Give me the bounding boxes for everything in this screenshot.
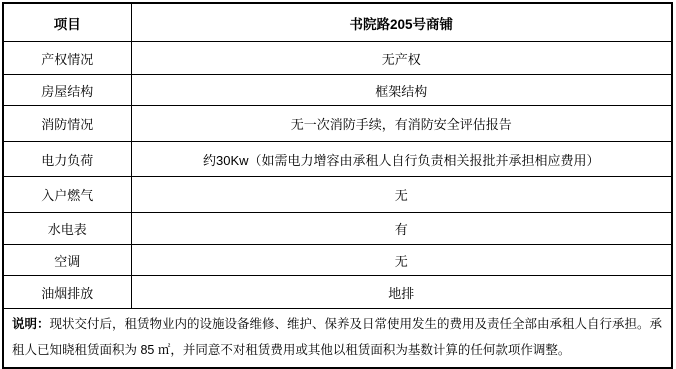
table-row: 空调 无 — [3, 245, 672, 276]
row-label-cell: 电力负荷 — [3, 142, 131, 177]
note-cell: 说明：现状交付后，租赁物业内的设施设备维修、维护、保养及日常使用发生的费用及责任… — [3, 309, 672, 369]
table-row: 消防情况 无一次消防手续，有消防安全评估报告 — [3, 106, 672, 142]
row-value-cell: 地排 — [131, 276, 672, 309]
row-label-cell: 消防情况 — [3, 106, 131, 142]
table-row: 产权情况 无产权 — [3, 42, 672, 75]
row-label-cell: 空调 — [3, 245, 131, 276]
row-value-cell: 无 — [131, 177, 672, 213]
table-row: 入户燃气 无 — [3, 177, 672, 213]
table-row: 房屋结构 框架结构 — [3, 75, 672, 106]
table-header-row: 项目 书院路205号商铺 — [3, 3, 672, 42]
note-row: 说明：现状交付后，租赁物业内的设施设备维修、维护、保养及日常使用发生的费用及责任… — [3, 309, 672, 369]
row-label-cell: 入户燃气 — [3, 177, 131, 213]
table-row: 电力负荷 约30Kw（如需电力增容由承租人自行负责相关报批并承担相应费用） — [3, 142, 672, 177]
row-value-cell: 有 — [131, 213, 672, 245]
table-row: 水电表 有 — [3, 213, 672, 245]
row-label-cell: 水电表 — [3, 213, 131, 245]
row-value-cell: 约30Kw（如需电力增容由承租人自行负责相关报批并承担相应费用） — [131, 142, 672, 177]
table-row: 油烟排放 地排 — [3, 276, 672, 309]
row-value-cell: 无 — [131, 245, 672, 276]
header-label-cell: 项目 — [3, 3, 131, 42]
row-value-cell: 框架结构 — [131, 75, 672, 106]
row-label-cell: 房屋结构 — [3, 75, 131, 106]
row-value-cell: 无一次消防手续，有消防安全评估报告 — [131, 106, 672, 142]
row-label-cell: 油烟排放 — [3, 276, 131, 309]
lease-details-table: 项目 书院路205号商铺 产权情况 无产权 房屋结构 框架结构 消防情况 无一次… — [2, 2, 673, 369]
header-value-cell: 书院路205号商铺 — [131, 3, 672, 42]
row-label-cell: 产权情况 — [3, 42, 131, 75]
row-value-cell: 无产权 — [131, 42, 672, 75]
note-text: 现状交付后，租赁物业内的设施设备维修、维护、保养及日常使用发生的费用及责任全部由… — [12, 317, 662, 357]
note-label: 说明： — [12, 317, 50, 331]
